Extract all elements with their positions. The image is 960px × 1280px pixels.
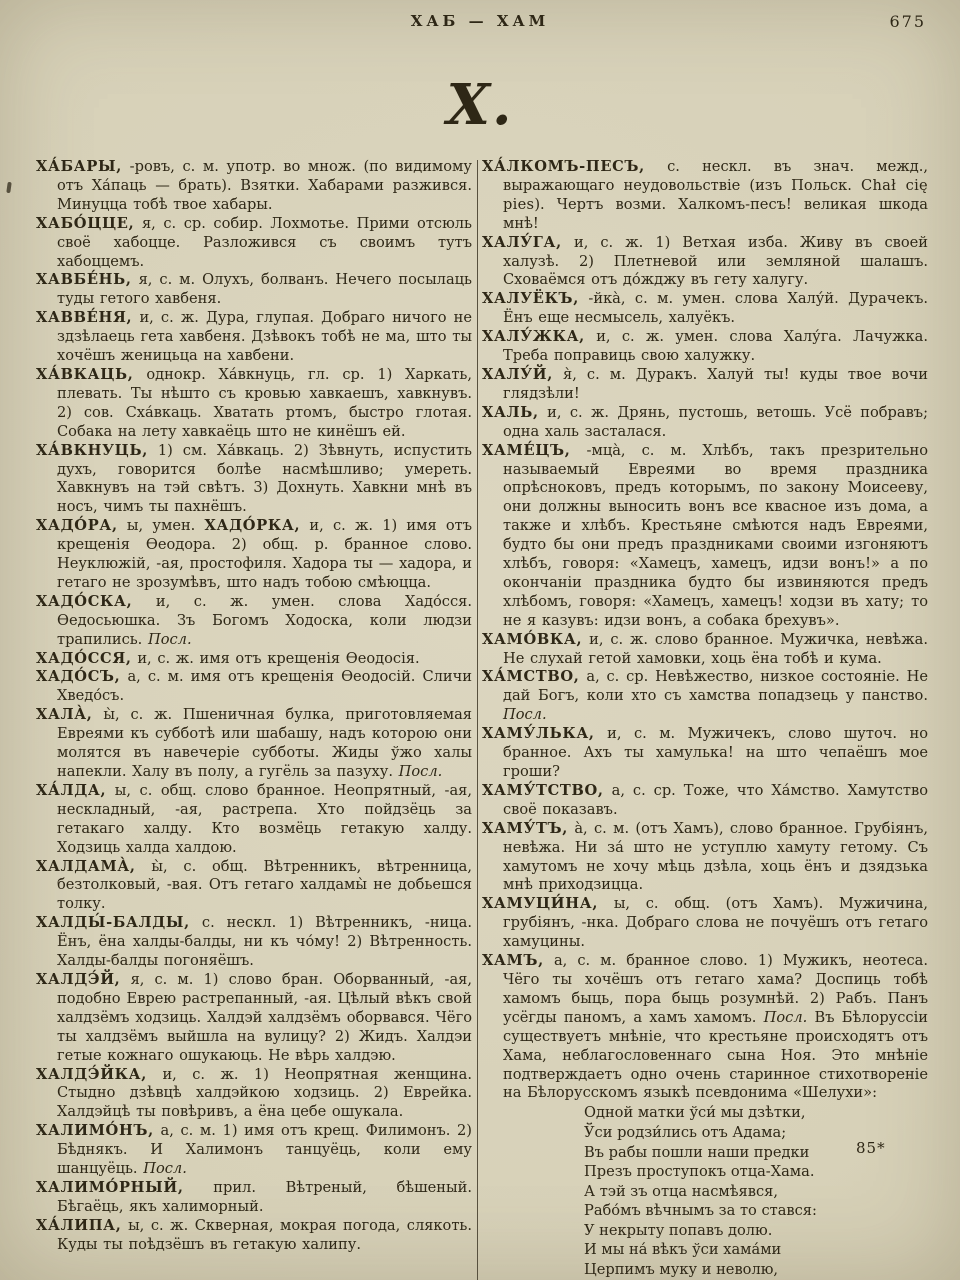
dictionary-entry: ХАЛИМО́РНЫЙ, прил. Вѣтреный, бѣшеный. Бѣ…	[36, 1179, 472, 1217]
headword: ХАМО́ВКА,	[482, 631, 582, 648]
headword: ХАМЕ́ЦЪ,	[482, 442, 571, 459]
entry-text: и, с. ж. имя отъ крещенія Ѳеодосія.	[132, 650, 420, 667]
headword: ХА́ВКАЦЬ,	[36, 366, 134, 383]
abbreviation-italic: Посл.	[148, 631, 192, 648]
verse-line: У некрыту попавъ долю.	[584, 1221, 928, 1241]
entry-text: ы, с. общ. слово бранное. Неопрятный, -а…	[57, 782, 472, 856]
entry-text: я̀, с. м. Дуракъ. Халуй ты! куды твое во…	[503, 366, 928, 402]
headword: ХА́ЛКОМЪ-ПЕСЪ,	[482, 158, 645, 175]
headword: ХАЛУ́ГА,	[482, 234, 562, 251]
verse-block: Одной матки ўси́ мы дзѣтки,Ўси родзи́лис…	[584, 1103, 928, 1279]
dictionary-entry: ХАМУ́ЛЬКА, и, с. м. Мужичекъ, слово шуто…	[482, 725, 928, 782]
abbreviation-italic: Посл.	[503, 706, 547, 723]
right-column: ХА́ЛКОМЪ-ПЕСЪ, с. нескл. въ знач. межд.,…	[482, 158, 928, 1280]
headword: ХАМУ́ТЪ,	[482, 820, 568, 837]
dictionary-entry: ХАБО́ЦЦЕ, я, с. ср. собир. Лохмотье. При…	[36, 215, 472, 272]
abbreviation-italic: Посл.	[399, 763, 443, 780]
dictionary-entry: ХАЛИМО́НЪ, а, с. м. 1) имя отъ крещ. Фил…	[36, 1122, 472, 1179]
headword: ХА́МСТВО,	[482, 668, 580, 685]
verse-line: Рабо́мъ вѣчнымъ за то стався:	[584, 1201, 928, 1221]
dictionary-entry: ХАЛУЁКЪ, -йка̀, с. м. умен. слова Халу́й…	[482, 290, 928, 328]
dictionary-entry: ХА́БАРЫ, -ровъ, с. м. употр. во множ. (п…	[36, 158, 472, 215]
headword: ХАМЪ,	[482, 952, 544, 969]
headword: ХАБО́ЦЦЕ,	[36, 215, 134, 232]
dictionary-entry: ХА́ЛИПА, ы, с. ж. Скверная, мокрая погод…	[36, 1217, 472, 1255]
left-column: ХА́БАРЫ, -ровъ, с. м. употр. во множ. (п…	[36, 158, 472, 1255]
verse-line: Одной матки ўси́ мы дзѣтки,	[584, 1103, 928, 1123]
headword: ХАМУ́ТСТВО,	[482, 782, 604, 799]
dictionary-entry: ХА́ЛДА, ы, с. общ. слово бранное. Неопря…	[36, 782, 472, 858]
dictionary-entry: ХАЛДЭ́ЙКА, и, с. ж. 1) Неопрятная женщин…	[36, 1066, 472, 1123]
dictionary-entry: ХАМУ́ТЪ, а̀, с. м. (отъ Хамъ), слово бра…	[482, 820, 928, 896]
dictionary-entry: ХАДО́ССЯ, и, с. ж. имя отъ крещенія Ѳеод…	[36, 650, 472, 669]
dictionary-entry: ХАВВЕ́НЯ, и, с. ж. Дура, глупая. Добраго…	[36, 309, 472, 366]
dictionary-entry: ХАМЪ, а, с. м. бранное слово. 1) Мужикъ,…	[482, 952, 928, 1103]
headword: ХАЛИМО́НЪ,	[36, 1122, 154, 1139]
headword: ХАДО́ССЯ,	[36, 650, 132, 667]
entry-text: ). Чертъ возми. Халкомъ-песъ! великая шк…	[503, 196, 928, 232]
headword: ХАМУ́ЛЬКА,	[482, 725, 595, 742]
verse-line: Церпимъ муку и неволю,	[584, 1260, 928, 1280]
verse-line: Презъ проступокъ отца-Хама.	[584, 1162, 928, 1182]
dictionary-entry: ХАДО́РА, ы, умен. ХАДО́РКА, и, с. ж. 1) …	[36, 517, 472, 593]
headword: ХАЛИМО́РНЫЙ,	[36, 1179, 184, 1196]
entry-text: я, с. м. 1) слово бран. Оборванный, -ая,…	[57, 971, 472, 1064]
verse-line: А тэй зъ отца насмѣявся,	[584, 1182, 928, 1202]
dictionary-entry: ХАМЕ́ЦЪ, -мца̀, с. м. Хлѣбъ, такъ презри…	[482, 442, 928, 631]
dictionary-entry: ХАМУЦИ́НА, ы, с. общ. (отъ Хамъ). Мужичи…	[482, 895, 928, 952]
headword: ХАМУЦИ́НА,	[482, 895, 598, 912]
headword: ХАВВЕ́НЯ,	[36, 309, 132, 326]
page-number: 675	[889, 12, 926, 31]
dictionary-entry: ХАЛДЭ́Й, я, с. м. 1) слово бран. Оборван…	[36, 971, 472, 1066]
scanned-dictionary-page: ХАБ — ХАМ 675 Х. ХА́БАРЫ, -ровъ, с. м. у…	[0, 0, 960, 1280]
dictionary-entry: ХА́ЛКОМЪ-ПЕСЪ, с. нескл. въ знач. межд.,…	[482, 158, 928, 234]
dictionary-entry: ХАВБЕ́НЬ, я, с. м. Олухъ, болванъ. Нечег…	[36, 271, 472, 309]
running-head: ХАБ — ХАМ 675	[0, 12, 960, 36]
dictionary-entry: ХАЛУ́ЖКА, и, с. ж. умен. слова Халу́га. …	[482, 328, 928, 366]
dictionary-entry: ХА́МСТВО, а, с. ср. Невѣжество, низкое с…	[482, 668, 928, 725]
headword: ХАЛУЁКЪ,	[482, 290, 579, 307]
abbreviation-italic: Посл.	[764, 1009, 808, 1026]
headword: ХА́ЛИПА,	[36, 1217, 122, 1234]
entry-text: -мца̀, с. м. Хлѣбъ, такъ презрительно на…	[503, 442, 928, 629]
dictionary-entry: ХАДО́СКА, и, с. ж. умен. слова Хадо́сся.…	[36, 593, 472, 650]
abbreviation-italic: Посл.	[143, 1160, 187, 1177]
headword: ХАДО́СКА,	[36, 593, 132, 610]
dictionary-entry: ХАЛДЫ́-БАЛДЫ, с. нескл. 1) Вѣтренникъ, -…	[36, 914, 472, 971]
entry-text: а, с. м. имя отъ крещенія Ѳеодосій. Слич…	[57, 668, 472, 704]
headword: ХАЛЬ,	[482, 404, 539, 421]
dictionary-entry: ХАДО́СЪ, а, с. м. имя отъ крещенія Ѳеодо…	[36, 668, 472, 706]
dictionary-entry: ХАЛУ́Й, я̀, с. м. Дуракъ. Халуй ты! куды…	[482, 366, 928, 404]
headword: ХА́БАРЫ,	[36, 158, 122, 175]
ink-speck	[6, 182, 11, 193]
headword: ХА́ЛДА,	[36, 782, 106, 799]
dictionary-entry: ХАЛЬ, и, с. ж. Дрянь, пустошь, ветошь. У…	[482, 404, 928, 442]
verse-line: И мы на́ вѣкъ ўси хама́ми	[584, 1240, 928, 1260]
headword: ХАЛДЭ́Й,	[36, 971, 120, 988]
headword: ХАЛДАМА̀,	[36, 858, 136, 875]
running-head-title: ХАБ — ХАМ	[0, 12, 960, 30]
headword: ХАВБЕ́НЬ,	[36, 271, 132, 288]
section-letter-heading: Х.	[0, 72, 960, 138]
dictionary-entry: ХА́ВКАЦЬ, однокр. Ха́вкнуць, гл. ср. 1) …	[36, 366, 472, 442]
text-columns: ХА́БАРЫ, -ровъ, с. м. употр. во множ. (п…	[36, 158, 928, 1280]
headword: ХАЛУ́ЖКА,	[482, 328, 585, 345]
dictionary-entry: ХА́ВКНУЦЬ, 1) см. Ха́вкаць. 2) Зѣвнуть, …	[36, 442, 472, 518]
entry-text: ы, умен.	[118, 517, 205, 534]
column-divider-rule	[477, 160, 478, 1280]
headword: ХАДО́РА,	[36, 517, 118, 534]
headword: ХАЛДЫ́-БАЛДЫ,	[36, 914, 190, 931]
dictionary-entry: ХАМО́ВКА, и, с. ж. слово бранное. Мужичк…	[482, 631, 928, 669]
headword: ХА́ВКНУЦЬ,	[36, 442, 148, 459]
headword: ХАЛА̀,	[36, 706, 93, 723]
headword: ХАДО́СЪ,	[36, 668, 120, 685]
headword: ХАДО́РКА,	[205, 517, 301, 534]
dictionary-entry: ХАМУ́ТСТВО, а, с. ср. Тоже, что Ха́мство…	[482, 782, 928, 820]
entry-text: и, с. ж. Дрянь, пустошь, ветошь. Усё поб…	[503, 404, 928, 440]
signature-mark: 85*	[856, 1139, 886, 1157]
dictionary-entry: ХАЛА̀, ы̀, с. ж. Пшеничная булка, пригот…	[36, 706, 472, 782]
entry-text: и, с. ж. 1) Ветхая изба. Живу въ своей х…	[503, 234, 928, 289]
dictionary-entry: ХАЛУ́ГА, и, с. ж. 1) Ветхая изба. Живу в…	[482, 234, 928, 291]
headword: ХАЛДЭ́ЙКА,	[36, 1066, 147, 1083]
headword: ХАЛУ́Й,	[482, 366, 553, 383]
dictionary-entry: ХАЛДАМА̀, ы̀, с. общ. Вѣтренникъ, вѣтрен…	[36, 858, 472, 915]
